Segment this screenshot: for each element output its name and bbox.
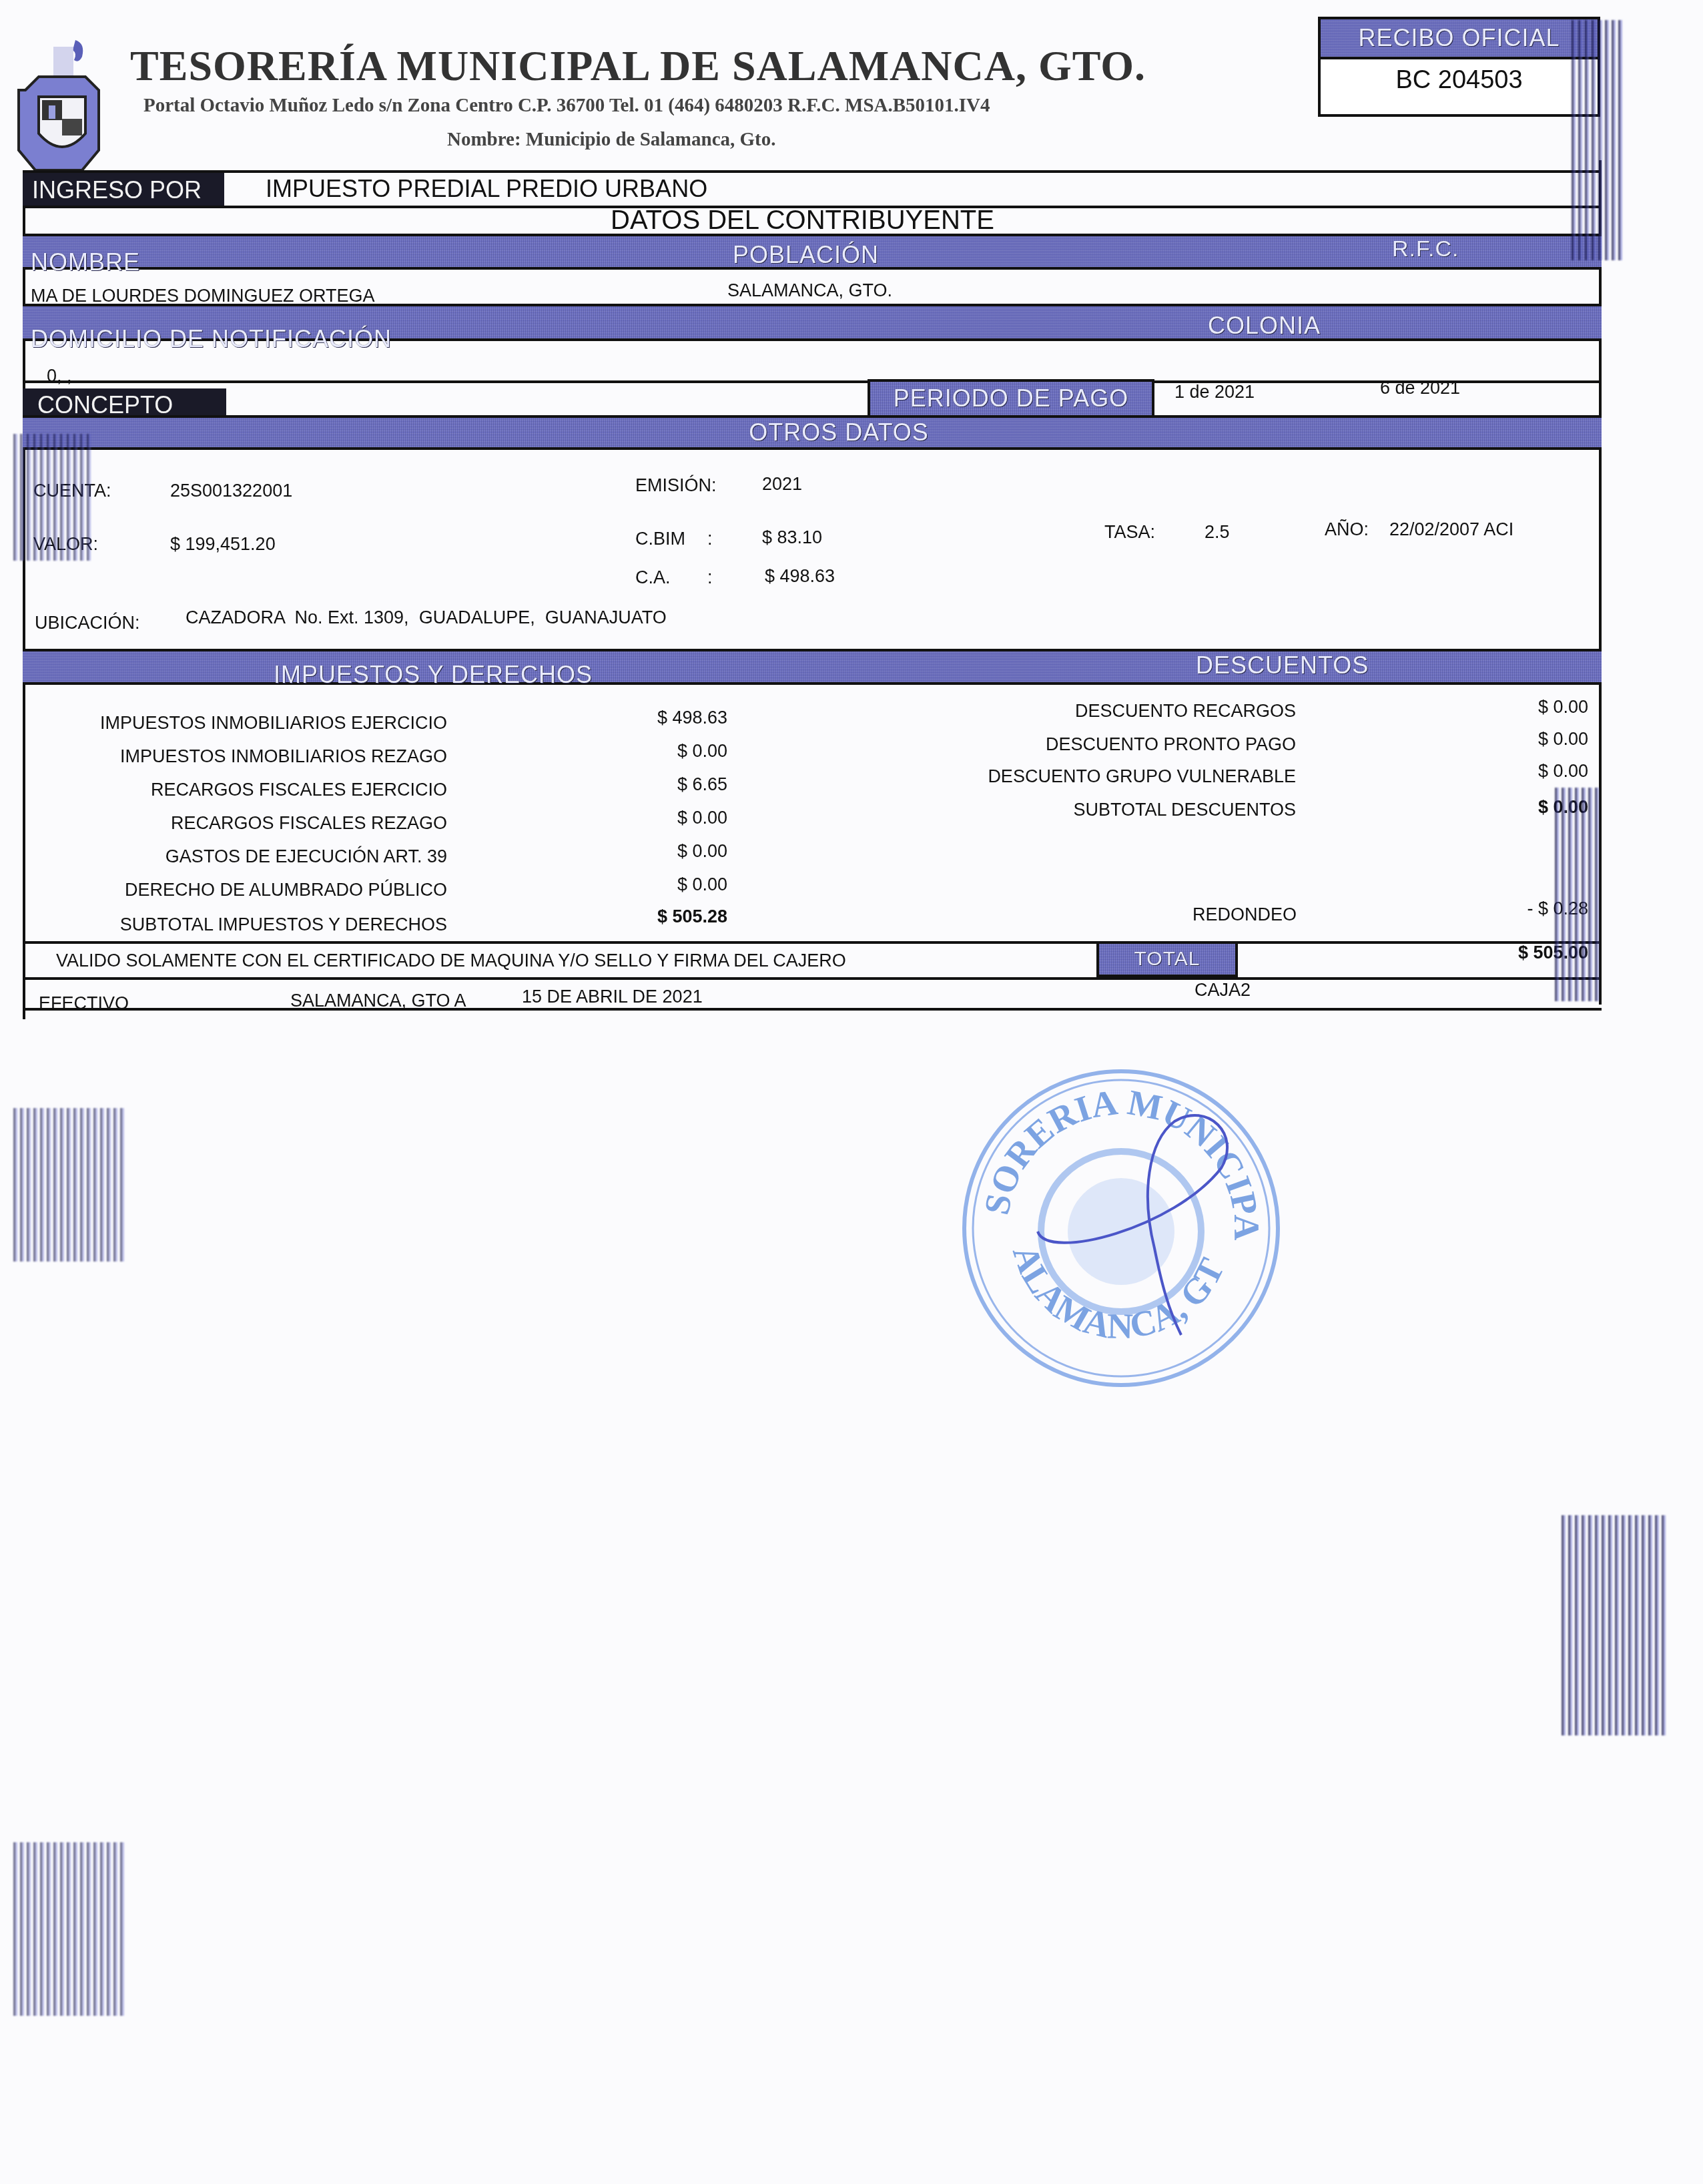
- anio-value: 22/02/2007 ACI: [1389, 519, 1513, 540]
- impuesto-item-amount: $ 0.00: [587, 841, 727, 862]
- descuento-item-amount: $ 0.00: [1448, 761, 1588, 782]
- receipt-label: RECIBO OFICIAL: [1358, 24, 1560, 52]
- total-label: TOTAL: [1134, 948, 1201, 971]
- receipt-box: RECIBO OFICIAL BC 204503: [1318, 17, 1600, 117]
- impuesto-item-label: GASTOS DE EJECUCIÓN ART. 39: [27, 846, 447, 867]
- impuesto-item-amount: $ 0.00: [587, 874, 727, 895]
- periodo-label-cell: PERIODO DE PAGO: [868, 379, 1154, 418]
- tasa-label: TASA:: [1104, 522, 1155, 543]
- emision-label: EMISIÓN:: [635, 475, 717, 496]
- impuesto-item-amount: $ 6.65: [587, 774, 727, 795]
- contribuyente-section-title: DATOS DEL CONTRIBUYENTE: [611, 206, 994, 236]
- scan-smudge: [1572, 20, 1625, 260]
- date: 15 DE ABRIL DE 2021: [522, 987, 703, 1007]
- official-seal-icon: TESORERIA MUNICIPAL SALAMANCA, GTO.: [954, 1061, 1288, 1395]
- scan-smudge: [1562, 1515, 1668, 1735]
- institution-name-line: Nombre: Municipio de Salamanca, Gto.: [447, 129, 775, 151]
- impuesto-item-label: DERECHO DE ALUMBRADO PÚBLICO: [27, 880, 447, 900]
- ca-colon: :: [707, 567, 713, 588]
- impuesto-item-label: RECARGOS FISCALES REZAGO: [27, 813, 447, 834]
- scan-smudge: [13, 434, 93, 561]
- scan-smudge: [13, 1842, 127, 2016]
- institution-address: Portal Octavio Muñoz Ledo s/n Zona Centr…: [143, 95, 990, 117]
- descuento-item-amount: $ 0.00: [1448, 697, 1588, 718]
- contribuyente-header-bar: NOMBRE POBLACIÓN R.F.C.: [23, 234, 1602, 270]
- rfc-label: R.F.C.: [1392, 236, 1459, 262]
- scan-smudge: [13, 1108, 127, 1262]
- impuesto-item-label: IMPUESTOS INMOBILIARIOS REZAGO: [27, 746, 447, 767]
- cbim-label: C.BIM: [635, 529, 685, 549]
- periodo-hasta: 6 de 2021: [1380, 378, 1460, 398]
- nombre-label: NOMBRE: [31, 248, 140, 276]
- ca-label: C.A.: [635, 567, 671, 588]
- form-bottom-line: [23, 1008, 1602, 1011]
- impuesto-item-amount: $ 498.63: [587, 708, 727, 728]
- anio-label: AÑO:: [1325, 519, 1369, 540]
- descuento-item-label: DESCUENTO PRONTO PAGO: [921, 734, 1296, 755]
- descuentos-subtotal-label: SUBTOTAL DESCUENTOS: [921, 800, 1296, 820]
- otros-datos-title: OTROS DATOS: [749, 419, 929, 447]
- otros-datos-bar: OTROS DATOS: [23, 415, 1602, 450]
- impuesto-item-amount: $ 0.00: [587, 808, 727, 828]
- receipt-number: BC 204503: [1321, 66, 1598, 95]
- cuenta-value: 25S001322001: [170, 481, 292, 501]
- descuento-item-amount: $ 0.00: [1448, 729, 1588, 750]
- payment-method: EFECTIVO: [39, 993, 129, 1014]
- cashier: CAJA2: [1195, 980, 1251, 1001]
- poblacion-label: POBLACIÓN: [733, 241, 879, 269]
- ubicacion-label: UBICACIÓN:: [35, 613, 140, 633]
- ca-value: $ 498.63: [765, 566, 835, 587]
- institution-title: TESORERÍA MUNICIPAL DE SALAMANCA, GTO.: [130, 41, 1146, 91]
- domicilio-value: 0, ,: [47, 366, 72, 386]
- ingreso-label-cell: INGRESO POR: [23, 173, 224, 208]
- scan-smudge: [1555, 788, 1602, 1001]
- ingreso-label: INGRESO POR: [32, 176, 202, 204]
- validity-note: VALIDO SOLAMENTE CON EL CERTIFICADO DE M…: [56, 950, 846, 971]
- impuesto-item-amount: $ 0.00: [587, 741, 727, 762]
- periodo-label: PERIODO DE PAGO: [894, 384, 1128, 413]
- descuento-item-label: DESCUENTO RECARGOS: [921, 701, 1296, 722]
- ingreso-value: IMPUESTO PREDIAL PREDIO URBANO: [266, 175, 707, 203]
- form-top-line: [23, 170, 1602, 173]
- impuesto-item-label: IMPUESTOS INMOBILIARIOS EJERCICIO: [27, 713, 447, 734]
- row-line: [23, 977, 1602, 980]
- total-label-cell: TOTAL: [1096, 941, 1238, 977]
- row-line: [23, 941, 1602, 944]
- colonia-label: COLONIA: [1208, 312, 1321, 340]
- cbim-value: $ 83.10: [762, 527, 822, 548]
- impuestos-descuentos-bar: IMPUESTOS Y DERECHOS DESCUENTOS: [23, 649, 1602, 685]
- ubicacion-value: CAZADORA No. Ext. 1309, GUADALUPE, GUANA…: [186, 607, 667, 628]
- domicilio-header-bar: DOMICILIO DE NOTIFICACIÓN COLONIA: [23, 304, 1602, 341]
- receipt-label-bar: RECIBO OFICIAL: [1321, 19, 1598, 59]
- impuesto-item-label: RECARGOS FISCALES EJERCICIO: [27, 780, 447, 800]
- descuentos-title: DESCUENTOS: [1196, 651, 1369, 679]
- emision-value: 2021: [762, 474, 802, 495]
- domicilio-label: DOMICILIO DE NOTIFICACIÓN: [31, 325, 392, 353]
- descuento-item-label: DESCUENTO GRUPO VULNERABLE: [921, 766, 1296, 787]
- valor-value: $ 199,451.20: [170, 534, 276, 555]
- cbim-colon: :: [707, 529, 713, 549]
- periodo-desde: 1 de 2021: [1174, 382, 1255, 402]
- form-left-border: [23, 170, 25, 1019]
- tasa-value: 2.5: [1205, 522, 1230, 543]
- impuestos-subtotal-value: $ 505.28: [587, 906, 727, 927]
- municipal-logo: [12, 33, 105, 177]
- redondeo-label: REDONDEO: [921, 904, 1297, 925]
- impuestos-subtotal-label: SUBTOTAL IMPUESTOS Y DERECHOS: [27, 914, 447, 935]
- official-seal: TESORERIA MUNICIPAL SALAMANCA, GTO.: [954, 1061, 1288, 1395]
- impuestos-title: IMPUESTOS Y DERECHOS: [274, 661, 593, 689]
- row-line: [23, 380, 1602, 383]
- contribuyente-poblacion: SALAMANCA, GTO.: [727, 280, 892, 301]
- municipal-coat-of-arms-icon: [12, 33, 105, 177]
